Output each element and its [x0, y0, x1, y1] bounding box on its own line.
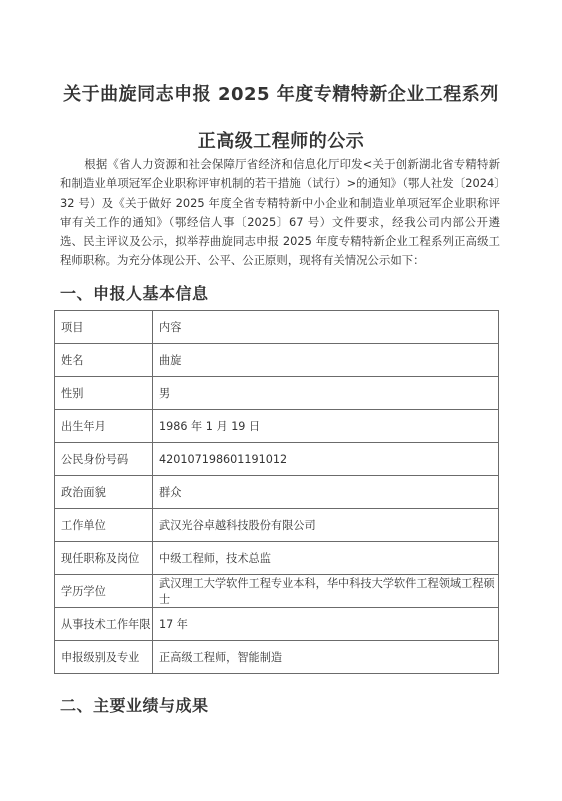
table-row: 姓名曲旋: [55, 344, 499, 377]
applicant-info-table: 项目内容 姓名曲旋 性别男 出生年月1986 年 1 月 19 日 公民身份号码…: [54, 310, 499, 674]
table-cell-key: 申报级别及专业: [55, 641, 153, 674]
table-cell-key: 现任职称及岗位: [55, 542, 153, 575]
intro-paragraph: 根据《省人力资源和社会保障厅省经济和信息化厅印发<关于创新湖北省专精特新和制造业…: [60, 155, 500, 271]
table-row: 从事技术工作年限17 年: [55, 608, 499, 641]
table-cell-value: 1986 年 1 月 19 日: [153, 410, 499, 443]
table-cell-key: 政治面貌: [55, 476, 153, 509]
table-cell-key: 从事技术工作年限: [55, 608, 153, 641]
document-page: 关于曲旋同志申报 2025 年度专精特新企业工程系列 正高级工程师的公示 根据《…: [0, 0, 562, 801]
table-row: 性别男: [55, 377, 499, 410]
table-cell-value: 群众: [153, 476, 499, 509]
table-cell-value: 武汉光谷卓越科技股份有限公司: [153, 509, 499, 542]
table-row: 申报级别及专业正高级工程师，智能制造: [55, 641, 499, 674]
intro-text: 根据《省人力资源和社会保障厅省经济和信息化厅印发<关于创新湖北省专精特新和制造业…: [60, 157, 500, 267]
table-row: 公民身份号码420107198601191012: [55, 443, 499, 476]
table-row: 学历学位武汉理工大学软件工程专业本科，华中科技大学软件工程领域工程硕士: [55, 575, 499, 608]
table-cell-value: 中级工程师，技术总监: [153, 542, 499, 575]
table-row: 工作单位武汉光谷卓越科技股份有限公司: [55, 509, 499, 542]
table-cell-key: 姓名: [55, 344, 153, 377]
document-title-line2: 正高级工程师的公示: [0, 127, 562, 153]
section-heading-basic-info: 一、申报人基本信息: [60, 281, 209, 304]
table-row: 出生年月1986 年 1 月 19 日: [55, 410, 499, 443]
table-cell-value: 正高级工程师，智能制造: [153, 641, 499, 674]
table-cell-value: 男: [153, 377, 499, 410]
section-heading-achievements: 二、主要业绩与成果: [60, 693, 209, 716]
table-cell-value: 内容: [153, 311, 499, 344]
table-row: 现任职称及岗位中级工程师，技术总监: [55, 542, 499, 575]
table-cell-value: 曲旋: [153, 344, 499, 377]
table-row: 政治面貌群众: [55, 476, 499, 509]
table-cell-value: 17 年: [153, 608, 499, 641]
document-title-line1: 关于曲旋同志申报 2025 年度专精特新企业工程系列: [0, 80, 562, 106]
table-row: 项目内容: [55, 311, 499, 344]
table-cell-key: 学历学位: [55, 575, 153, 608]
table-cell-key: 项目: [55, 311, 153, 344]
table-cell-value: 武汉理工大学软件工程专业本科，华中科技大学软件工程领域工程硕士: [153, 575, 499, 608]
table-cell-key: 出生年月: [55, 410, 153, 443]
table-cell-key: 公民身份号码: [55, 443, 153, 476]
table-cell-key: 性别: [55, 377, 153, 410]
table-cell-value: 420107198601191012: [153, 443, 499, 476]
table-cell-key: 工作单位: [55, 509, 153, 542]
